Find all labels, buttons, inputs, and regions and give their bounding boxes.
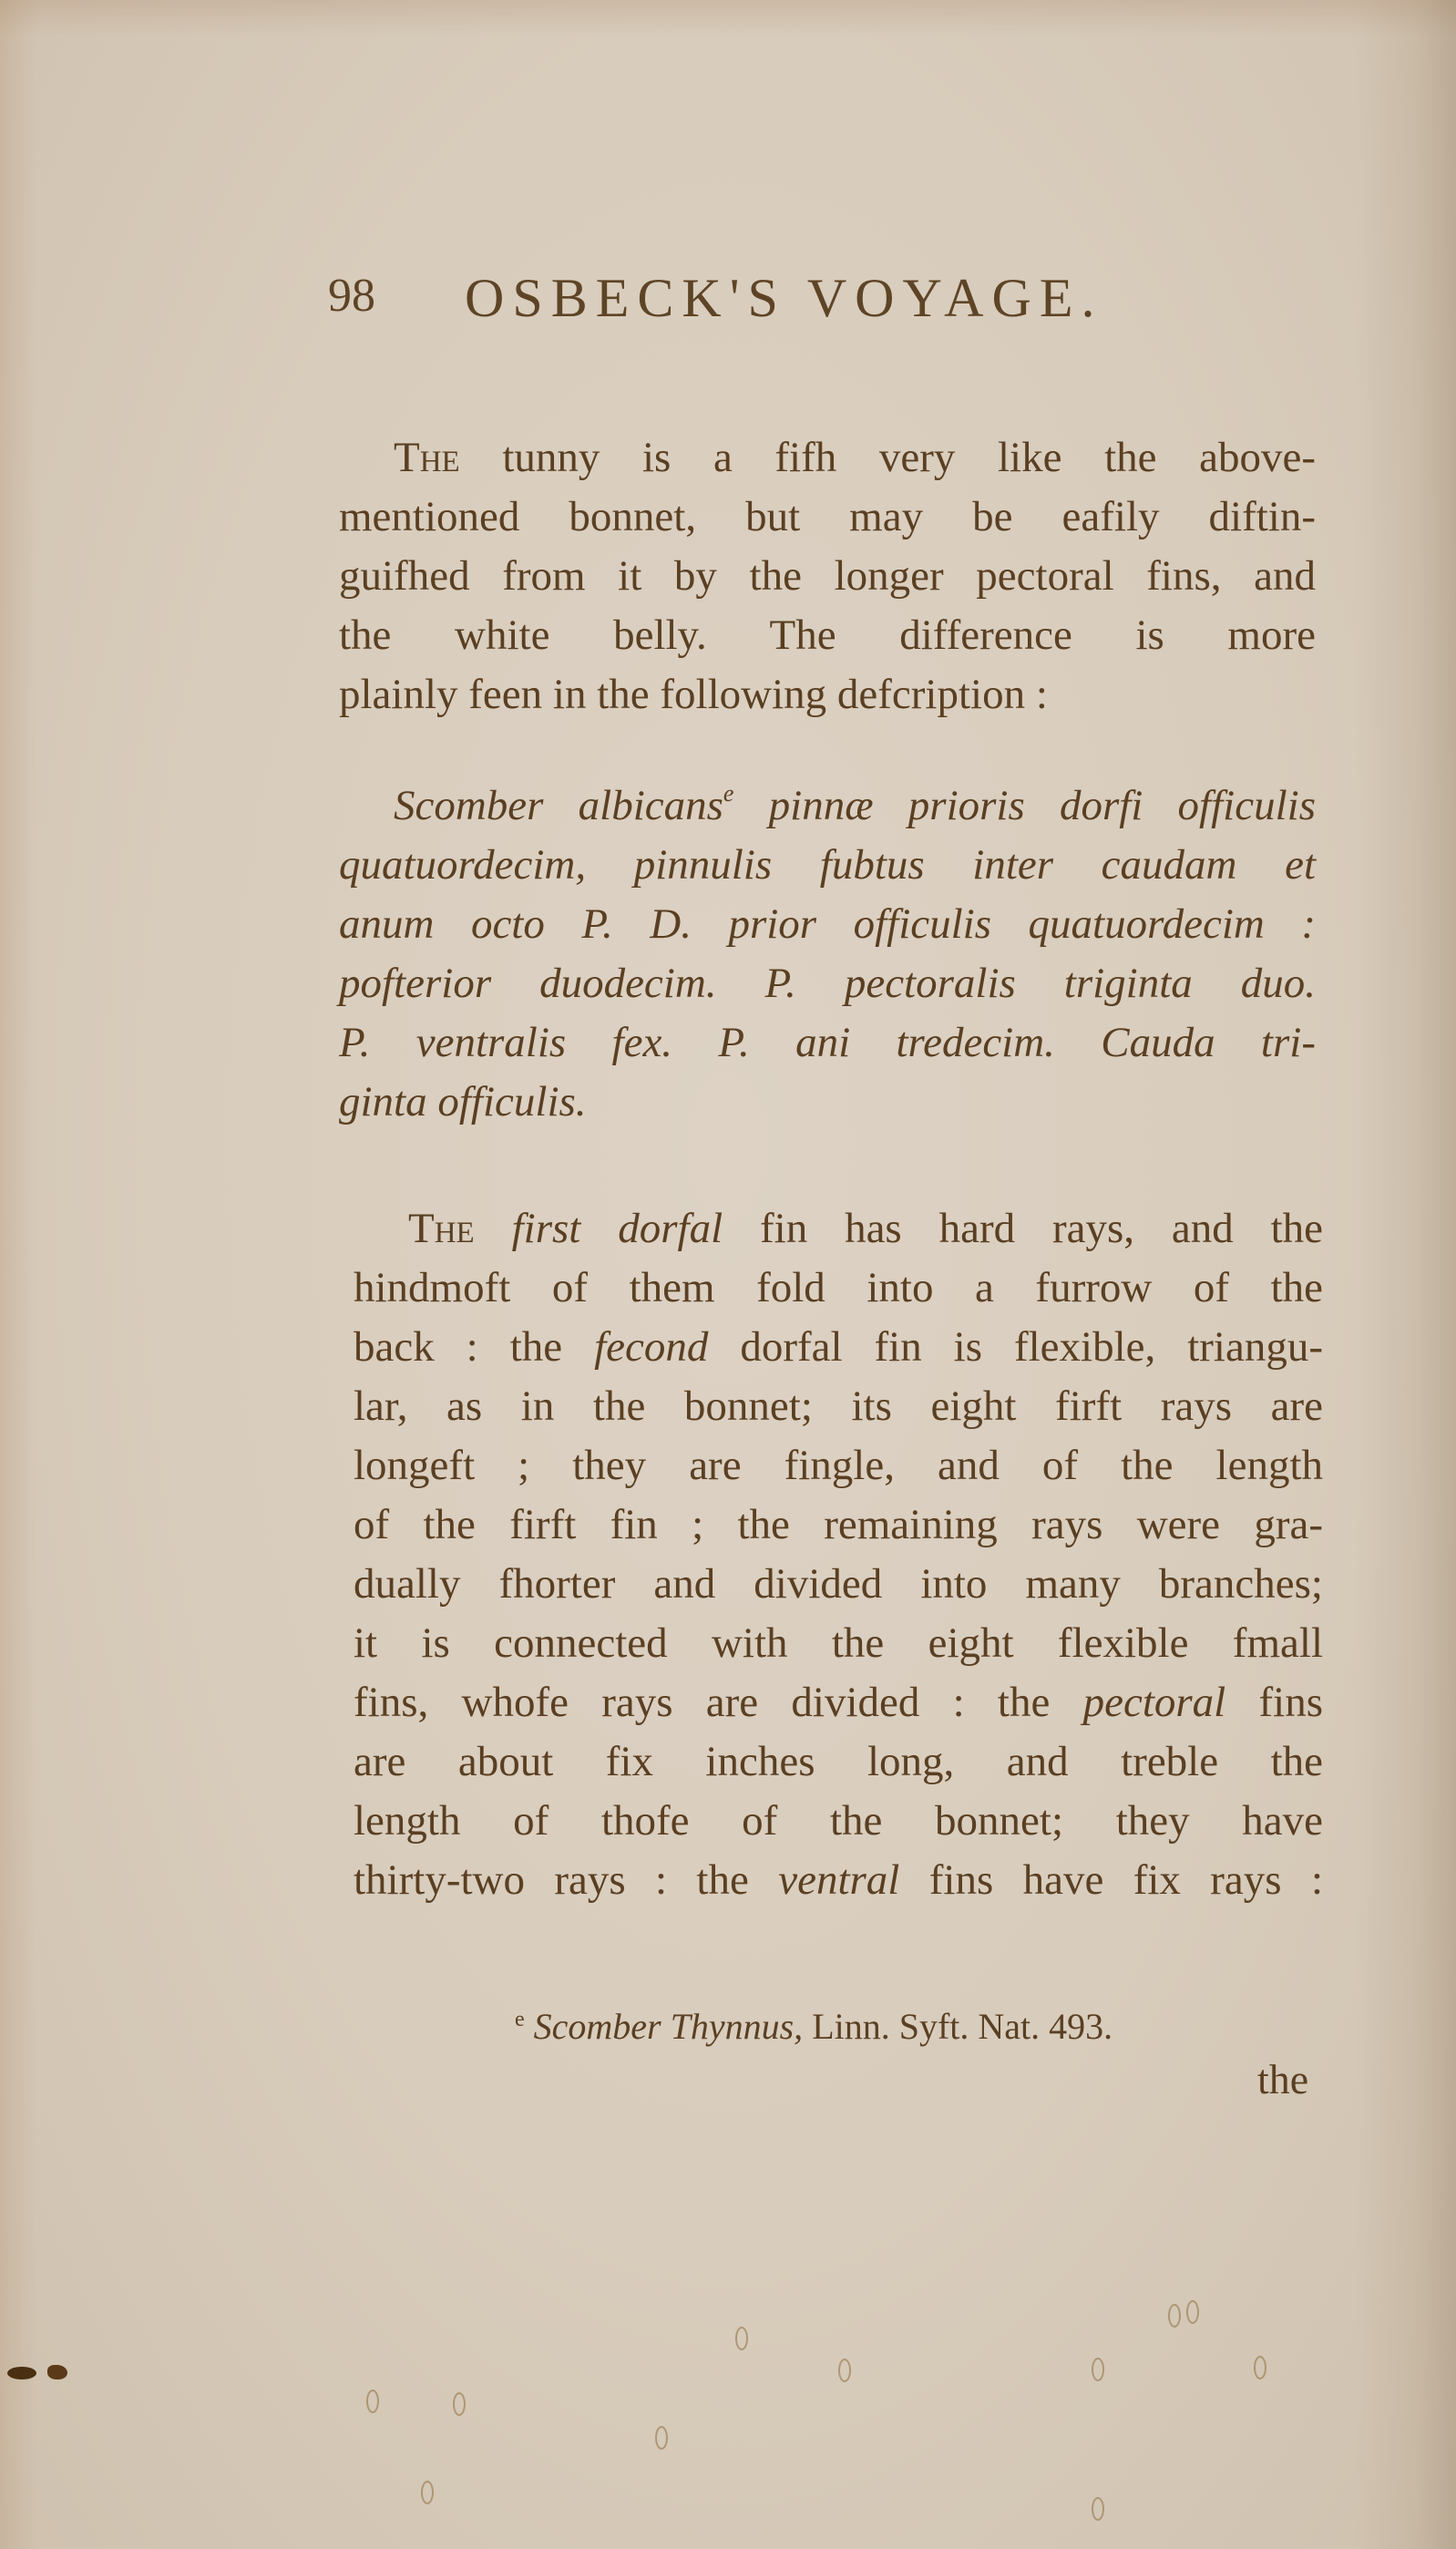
text-line: pofterior duodecim. P. pectoralis trigin… [339,954,1316,1013]
footnote-reference[interactable]: e [723,780,734,807]
text-line: thirty-two rays : the ventral fins have … [354,1851,1323,1910]
text-line: P. ventralis fex. P. ani tredecim. Cauda… [339,1013,1316,1073]
running-head-title: OSBECK'S VOYAGE. [465,267,1102,330]
wormhole-decoration [421,2481,434,2504]
wormhole-decoration [1092,2358,1104,2381]
paragraph-fin-description: The first dorfal fin has hard rays, and … [354,1199,1323,1910]
text-line: back : the fecond dorfal fin is flexible… [354,1318,1323,1377]
text-line: hindmoft of them fold into a furrow of t… [354,1259,1323,1318]
text-line: length of thofe of the bonnet; they have [354,1792,1323,1851]
wormhole-decoration [838,2359,851,2382]
catchword: the [1257,2055,1308,2103]
wormhole-decoration [735,2327,748,2350]
wormhole-decoration [1092,2497,1104,2521]
text-line: anum octo P. D. prior officulis quatuord… [339,895,1316,954]
text-line: the white belly. The difference is more [339,606,1316,665]
paper-edge-right [1356,0,1456,2549]
text-line: guifhed from it by the longer pectoral f… [339,547,1316,606]
wormhole-decoration [1186,2300,1199,2324]
text-line: of the firft fin ; the remaining rays we… [354,1495,1323,1555]
paper-edge-top [0,0,1456,36]
footnote: e Scomber Thynnus, Linn. Syft. Nat. 493. [515,2005,1113,2048]
text-line: plainly feen in the following defcriptio… [339,665,1316,725]
wormhole-decoration [453,2392,466,2416]
paragraph-intro: The tunny is a fifh very like the above-… [339,428,1316,725]
paragraph-latin-description: Scomber albicanse pinnæ prioris dorfi of… [339,776,1316,1132]
wormhole-decoration [1168,2304,1181,2328]
text-line: it is connected with the eight flexible … [354,1614,1323,1673]
text-line: mentioned bonnet, but may be eafily dift… [339,488,1316,547]
text-line: lar, as in the bonnet; its eight firft r… [354,1377,1323,1436]
page-number: 98 [328,269,375,323]
ink-stain-decoration [47,2365,67,2379]
wormhole-decoration [1254,2356,1266,2379]
wormhole-decoration [655,2426,668,2450]
footnote-reference-text: Linn. Syft. Nat. 493. [803,2006,1113,2047]
text-line: The tunny is a fifh very like the above- [339,428,1316,488]
wormhole-decoration [366,2390,379,2413]
running-head: 98 OSBECK'S VOYAGE. [328,260,1239,333]
paper-edge-left [0,0,36,2549]
text-line: fins, whofe rays are divided : the pecto… [354,1673,1323,1732]
text-line: longeft ; they are fingle, and of the le… [354,1436,1323,1495]
text-line: dually fhorter and divided into many bra… [354,1555,1323,1614]
ink-stain-decoration [7,2367,36,2379]
lead-word: The [408,1205,475,1252]
lead-word: The [394,434,460,481]
footnote-marker: e [515,2008,525,2031]
footnote-species: Scomber Thynnus, [534,2006,804,2047]
text-line: Scomber albicanse pinnæ prioris dorfi of… [339,776,1316,836]
text-line: quatuordecim, pinnulis fubtus inter caud… [339,836,1316,895]
text-line: are about fix inches long, and treble th… [354,1732,1323,1792]
text-line: The first dorfal fin has hard rays, and … [354,1199,1323,1259]
text-line: ginta officulis. [339,1073,1316,1132]
